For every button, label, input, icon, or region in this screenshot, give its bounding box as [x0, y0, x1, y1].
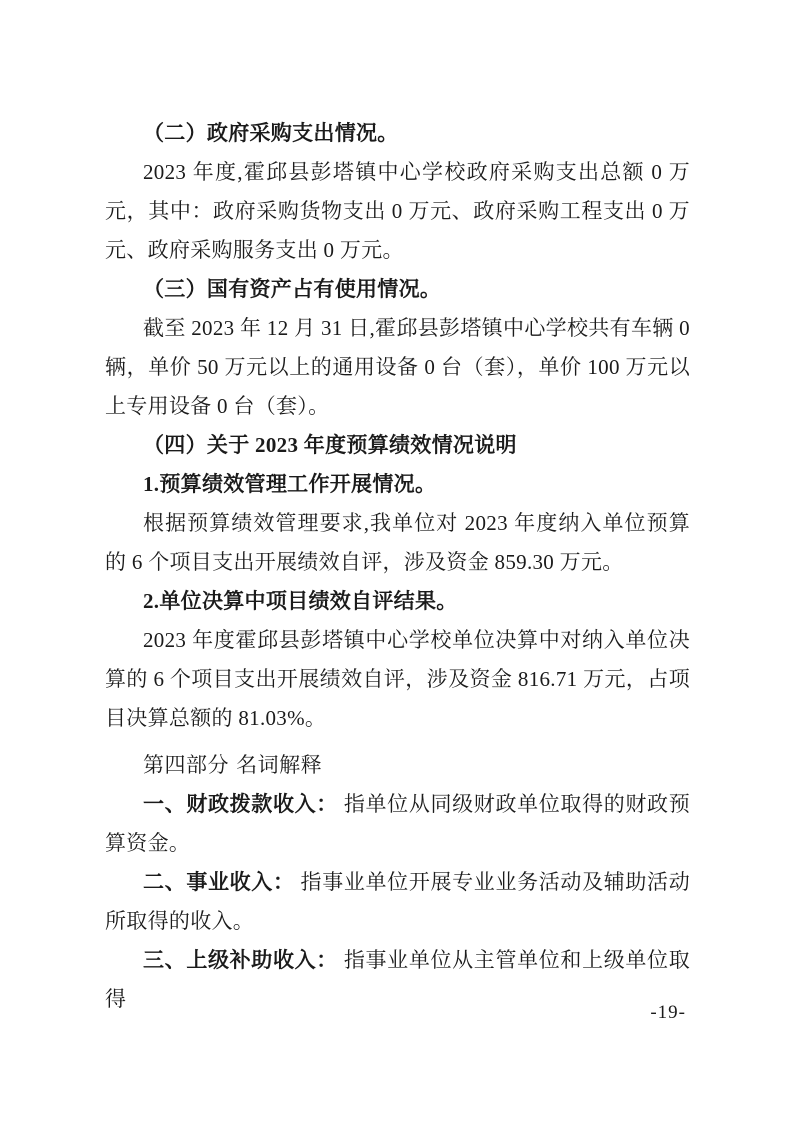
document-body: （二）政府采购支出情况。 2023 年度,霍邱县彭塔镇中心学校政府采购支出总额 … — [105, 114, 690, 1019]
subheading-self-evaluation-results: 2.单位决算中项目绩效自评结果。 — [105, 582, 690, 621]
term-label: 一、财政拨款收入： — [143, 792, 338, 816]
page-number: -19- — [650, 1002, 686, 1024]
document-page: （二）政府采购支出情况。 2023 年度,霍邱县彭塔镇中心学校政府采购支出总额 … — [0, 0, 793, 1122]
term-item-superior-subsidy-income: 三、上级补助收入： 指事业单位从主管单位和上级单位取得 — [105, 941, 690, 1019]
paragraph-self-evaluation-results: 2023 年度霍邱县彭塔镇中心学校单位决算中对纳入单位决算的 6 个项目支出开展… — [105, 621, 690, 738]
section-heading-gov-procurement: （二）政府采购支出情况。 — [105, 114, 690, 153]
paragraph-state-assets: 截至 2023 年 12 月 31 日,霍邱县彭塔镇中心学校共有车辆 0 辆，单… — [105, 309, 690, 426]
term-label: 二、事业收入： — [143, 870, 295, 894]
paragraph-performance-management: 根据预算绩效管理要求,我单位对 2023 年度纳入单位预算的 6 个项目支出开展… — [105, 504, 690, 582]
term-item-business-income: 二、事业收入： 指事业单位开展专业业务活动及辅助活动所取得的收入。 — [105, 863, 690, 941]
paragraph-gov-procurement: 2023 年度,霍邱县彭塔镇中心学校政府采购支出总额 0 万元，其中：政府采购货… — [105, 153, 690, 270]
subheading-performance-management: 1.预算绩效管理工作开展情况。 — [105, 465, 690, 504]
term-label: 三、上级补助收入： — [143, 948, 338, 972]
section-heading-state-assets: （三）国有资产占有使用情况。 — [105, 270, 690, 309]
part-four-heading: 第四部分 名词解释 — [105, 746, 690, 785]
term-item-fiscal-appropriation-income: 一、财政拨款收入： 指单位从同级财政单位取得的财政预算资金。 — [105, 785, 690, 863]
section-heading-budget-performance: （四）关于 2023 年度预算绩效情况说明 — [105, 426, 690, 465]
